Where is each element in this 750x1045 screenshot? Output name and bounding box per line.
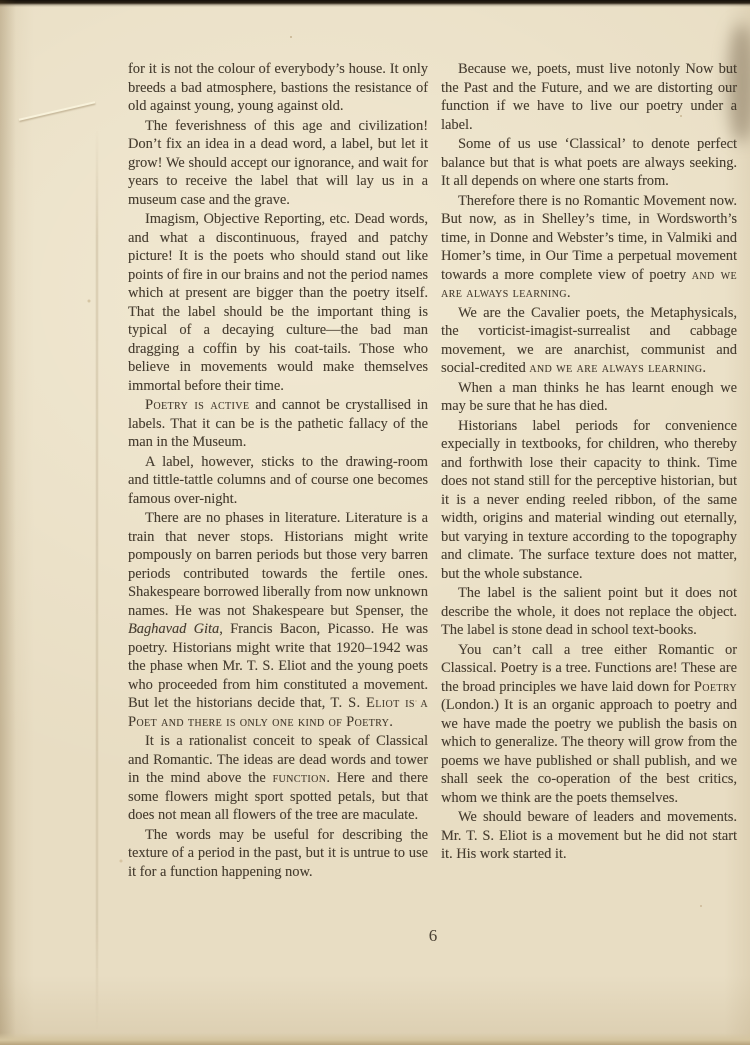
text-run: We should beware of leaders and movement… (441, 809, 737, 862)
text-run: and we are always learning. (529, 360, 706, 376)
text-run: Because we, poets, must live notonly Now… (441, 61, 737, 133)
scan-bottom-edge-shadow (0, 1033, 750, 1045)
paragraph: A label, however, sticks to the drawing-… (128, 453, 428, 509)
text-run: Poetry is active (145, 397, 249, 413)
paragraph: The feverishness of this age and civiliz… (128, 117, 428, 210)
text-run: (London.) It is an organic approach to p… (441, 697, 737, 806)
text-run: When a man thinks he has learnt enough w… (441, 380, 737, 415)
left-column: for it is not the colour of everybody’s … (128, 60, 428, 881)
paper-specks (290, 36, 292, 38)
paragraph: You can’t call a tree either Romantic or… (441, 641, 737, 808)
paragraph: for it is not the colour of everybody’s … (128, 60, 428, 116)
paragraph: We are the Cavalier poets, the Metaphysi… (441, 304, 737, 378)
text-run: There are no phases in literature. Liter… (128, 510, 428, 619)
diagonal-crease (19, 101, 95, 120)
right-column: Because we, poets, must live notonly Now… (441, 60, 737, 864)
paragraph: Poetry is active and cannot be crystalli… (128, 396, 428, 452)
text-run: Imagism, Objective Reporting, etc. Dead … (128, 211, 428, 394)
text-run: function (273, 770, 327, 786)
text-run: The feverishness of this age and civiliz… (128, 118, 428, 208)
scan-left-edge-shadow (0, 0, 16, 1045)
paragraph: Because we, poets, must live notonly Now… (441, 60, 737, 134)
paragraph: When a man thinks he has learnt enough w… (441, 379, 737, 416)
text-run: The words may be useful for describing t… (128, 827, 428, 880)
text-run: You can’t call a tree either Romantic or… (441, 642, 737, 695)
text-run: Poetry (694, 679, 737, 695)
text-run: Historians label periods for convenience… (441, 418, 737, 582)
text-run: A label, however, sticks to the drawing-… (128, 454, 428, 507)
paragraph: Some of us use ‘Classical’ to denote per… (441, 135, 737, 191)
paragraph: It is a rationalist conceit to speak of … (128, 732, 428, 825)
paragraph: Therefore there is no Romantic Movement … (441, 192, 737, 303)
paragraph: The words may be useful for describing t… (128, 826, 428, 882)
page-number: 6 (413, 926, 453, 946)
paragraph: We should beware of leaders and movement… (441, 808, 737, 864)
vertical-crease (96, 130, 98, 1030)
text-run: Baghavad Gita (128, 621, 219, 637)
paragraph: The label is the salient point but it do… (441, 584, 737, 640)
paragraph: Historians label periods for convenience… (441, 417, 737, 584)
scanned-page: for it is not the colour of everybody’s … (0, 0, 750, 1045)
paragraph: There are no phases in literature. Liter… (128, 509, 428, 731)
paragraph: Imagism, Objective Reporting, etc. Dead … (128, 210, 428, 395)
text-run: The label is the salient point but it do… (441, 585, 737, 638)
scan-top-edge-shadow (0, 0, 750, 7)
text-run: for it is not the colour of everybody’s … (128, 61, 428, 114)
text-run: Some of us use ‘Classical’ to denote per… (441, 136, 737, 189)
